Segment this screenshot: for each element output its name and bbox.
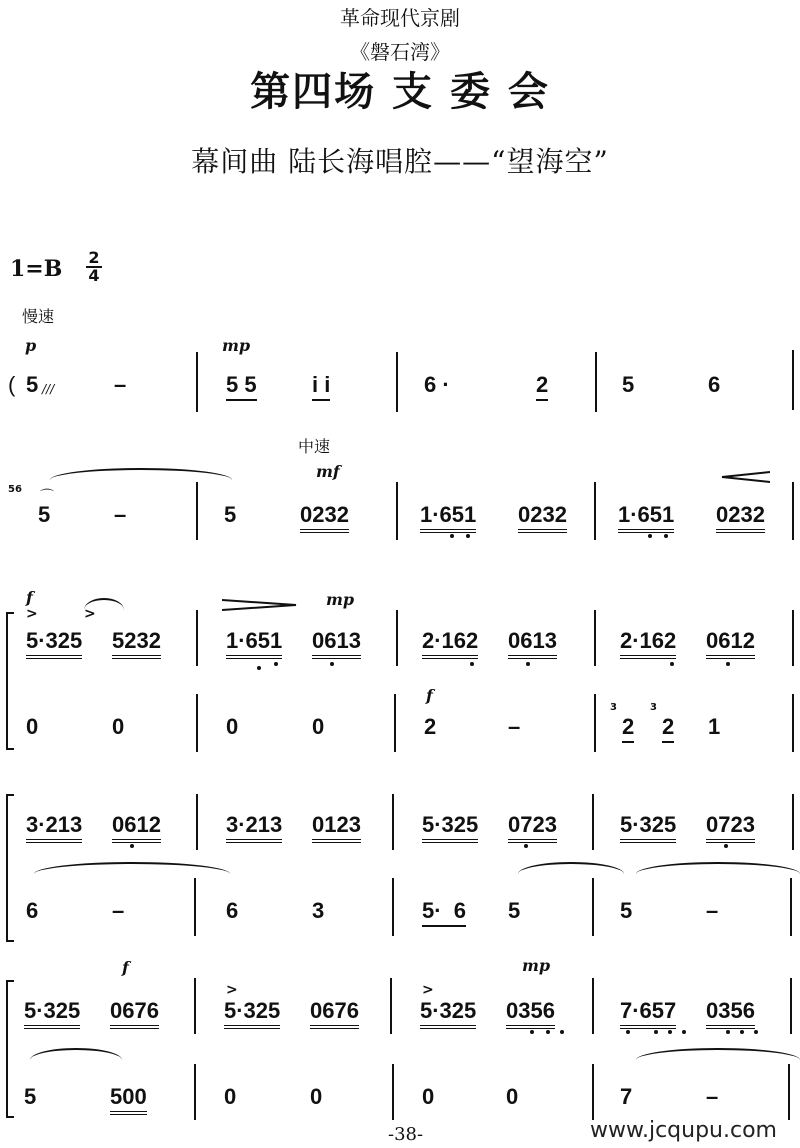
note: 5 [622,372,634,398]
grace-note: 3 [650,702,657,713]
note: 2 [424,714,436,740]
slur [636,862,800,874]
barline [396,610,398,666]
dash-sustain: – [112,898,124,924]
crescendo-hairpin [720,468,770,478]
barline [194,978,196,1034]
dynamic-mf: mf [316,462,340,481]
low-octave-dot [530,1030,534,1034]
barline [594,482,596,540]
note-group: 0123 [312,812,361,843]
tempo-marking-slow: 慢速 [22,304,54,327]
system-bracket [6,980,14,1118]
dynamic-f: f [426,686,433,705]
dash-sustain: – [114,372,126,398]
slur [30,1048,122,1060]
note-group: 5·325 [420,998,476,1029]
low-octave-dot [274,662,278,666]
open-parenthesis: ( [8,372,15,398]
note: 6 [226,898,238,924]
note-group: 5·325 [224,998,280,1029]
dynamic-f: f [26,588,33,607]
rest: 0 [226,714,238,740]
barline [196,352,198,412]
note-group: 2·162 [620,628,676,659]
slur [636,1048,800,1060]
barline [792,482,794,540]
accent-mark: > [226,982,238,998]
low-octave-dot [466,534,470,538]
rest: 0 [422,1084,434,1110]
note-group: 3·213 [26,812,82,843]
low-octave-dot [754,1030,758,1034]
dynamic-mp: mp [522,956,550,975]
barline [592,1064,594,1120]
barline [194,878,196,936]
barline [392,878,394,936]
tempo-marking-medium: 中速 [298,434,330,457]
low-octave-dot [668,1030,672,1034]
note: 6 [708,372,720,398]
grace-note: 3 [610,702,617,713]
low-octave-dot [560,1030,564,1034]
note-group: 2·162 [422,628,478,659]
decrescendo-hairpin [222,596,298,615]
slur [34,862,230,874]
rest: 0 [506,1084,518,1110]
note: 5 [508,898,520,924]
note-group: 5232 [112,628,161,659]
barline [788,1064,790,1120]
dash-sustain: – [508,714,520,740]
note-group: i i [312,372,330,401]
low-octave-dot [526,662,530,666]
slur [84,598,124,610]
note-group: 0232 [716,502,765,533]
barline [792,694,794,752]
barline [592,878,594,936]
piece-title: 幕间曲 陆长海唱腔——“望海空” [0,140,800,180]
rest: 0 [224,1084,236,1110]
barline [594,610,596,666]
note-group: 0676 [310,998,359,1029]
barline [196,482,198,540]
note-group: 5·325 [422,812,478,843]
barline [790,878,792,936]
slur [518,862,624,874]
note: 5 [620,898,632,924]
tremolo-mark: /// [42,382,54,396]
note-group: 0356 [506,998,555,1029]
note-group: 0723 [508,812,557,843]
note-group: 0612 [706,628,755,659]
note-group: 5·325 [620,812,676,843]
barline [592,978,594,1034]
dash-sustain: – [114,502,126,528]
barline [594,694,596,752]
note-group: 5·325 [26,628,82,659]
rest: 0 [26,714,38,740]
barline [592,794,594,850]
low-octave-dot [648,534,652,538]
time-numerator: 2 [86,250,102,266]
note-group: 0613 [508,628,557,659]
note-group: 500 [110,1084,147,1115]
slur [50,468,232,480]
low-octave-dot [664,534,668,538]
barline [392,1064,394,1120]
low-octave-dot [524,844,528,848]
scene-title: 第四场 支 委 会 [0,60,800,117]
low-octave-dot [724,844,728,848]
note-group: 1·651 [420,502,476,533]
note-group: 3·213 [226,812,282,843]
low-octave-dot [626,1030,630,1034]
note-group: 5· 6 [422,898,466,927]
note: 2 [662,714,674,743]
note: 6 · [424,372,450,398]
note: 1 [708,714,720,740]
low-octave-dot [670,662,674,666]
low-octave-dot [726,1030,730,1034]
dash-sustain: – [706,898,718,924]
note-group: 7·657 [620,998,676,1029]
barline [196,794,198,850]
note-group: 1·651 [618,502,674,533]
time-signature: 2 4 [86,250,102,284]
rest: 0 [112,714,124,740]
dynamic-mp: mp [326,590,354,609]
low-octave-dot [654,1030,658,1034]
barline [595,352,597,412]
low-octave-dot [546,1030,550,1034]
note-group: 0356 [706,998,755,1029]
barline [194,1064,196,1120]
key-signature: 1=B [10,256,62,282]
note-group: 1·651 [226,628,282,659]
note: 3 [312,898,324,924]
note: 5 [224,502,236,528]
low-octave-dot [470,662,474,666]
note-group: 0676 [110,998,159,1029]
page-number: -38- [388,1124,423,1145]
accent-mark: > [422,982,434,998]
barline [196,610,198,666]
low-octave-dot [450,534,454,538]
note: 7 [620,1084,632,1110]
barline [792,610,794,666]
barline [396,352,398,412]
dash-sustain: – [706,1084,718,1110]
low-octave-dot [682,1030,686,1034]
system-bracket [6,794,14,942]
barline [792,794,794,850]
time-denominator: 4 [86,268,102,284]
grace-notes: 56 [8,484,22,495]
system-bracket [6,612,14,750]
dynamic-f: f [122,958,129,977]
note: 5 [38,502,50,528]
low-octave-dot [726,662,730,666]
note-group: 0723 [706,812,755,843]
note-group: 0232 [518,502,567,533]
note: 6 [26,898,38,924]
genre-subtitle: 革命现代京剧 [0,2,800,31]
low-octave-dot [740,1030,744,1034]
note: 5 [24,1084,36,1110]
note: 2 [622,714,634,743]
note: 2 [536,372,548,401]
dynamic-mp: mp [222,336,250,355]
note-group: 0613 [312,628,361,659]
barline [792,350,794,410]
dynamic-p: p [25,336,36,355]
note-group: 0232 [300,502,349,533]
low-octave-dot [330,662,334,666]
note-group: 5·325 [24,998,80,1029]
barline [392,794,394,850]
note-group: 5 5 [226,372,257,401]
low-octave-dot [257,666,261,670]
note-group: 0612 [112,812,161,843]
accent-mark: > [26,606,38,622]
barline [396,482,398,540]
barline [390,978,392,1034]
barline [790,978,792,1034]
barline [196,694,198,752]
rest: 0 [312,714,324,740]
watermark-link[interactable]: www.jcqupu.com [590,1118,777,1143]
low-octave-dot [130,844,134,848]
rest: 0 [310,1084,322,1110]
barline [394,694,396,752]
note: 5 [26,372,38,398]
